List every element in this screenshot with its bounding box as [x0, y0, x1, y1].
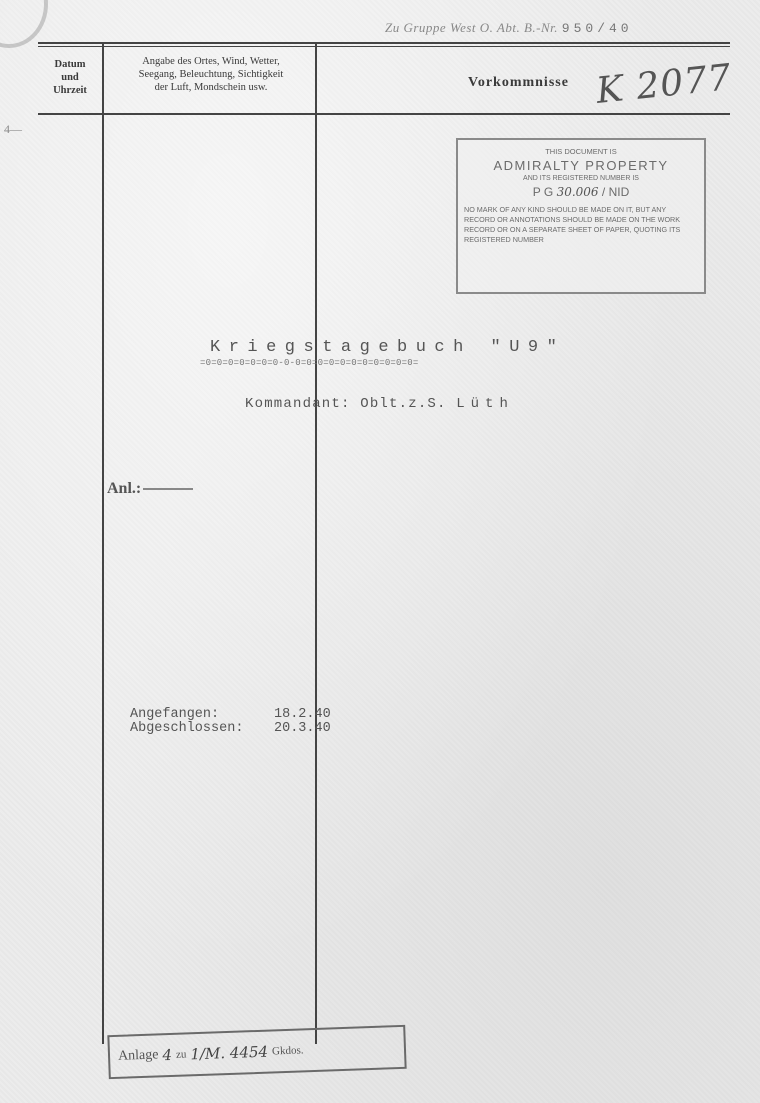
header-vorkommnisse: Vorkommnisse: [468, 76, 569, 89]
header-angabe-line-1: Angabe des Ortes, Wind, Wetter,: [106, 55, 316, 68]
started-value: 18.2.40: [274, 708, 331, 722]
admiralty-property-stamp: THIS DOCUMENT IS ADMIRALTY PROPERTY AND …: [456, 138, 706, 294]
kommandant-name: Lüth: [456, 396, 514, 412]
stamp-handwritten-number: 30.006: [557, 185, 599, 199]
anlage-stamp: Anlage 4 zu 1/M. 4454 Gkdos.: [107, 1025, 406, 1079]
reference-number: 950/40: [562, 21, 633, 36]
header-datum-uhrzeit: Datum und Uhrzeit: [38, 58, 102, 97]
ended-value: 20.3.40: [274, 722, 331, 736]
stamp-registered-number: P G 30.006 / NID: [458, 185, 704, 199]
stamp-line-3: AND ITS REGISTERED NUMBER IS: [458, 175, 704, 182]
anl-blank-line: [143, 488, 193, 490]
header-angabe: Angabe des Ortes, Wind, Wetter, Seegang,…: [106, 55, 316, 94]
stamp-notice: NO MARK OF ANY KIND SHOULD BE MADE ON IT…: [464, 205, 698, 245]
kommandant-label: Kommandant: Oblt.z.S.: [245, 396, 447, 412]
anlage-zu: zu: [176, 1048, 187, 1060]
header-angabe-line-2: Seegang, Beleuchtung, Sichtigkeit: [106, 68, 316, 81]
table-top-rule: [38, 42, 730, 44]
margin-mark: 4—: [4, 122, 22, 137]
corner-fold-shadow: [0, 0, 48, 48]
handwritten-archive-number: K 2077: [594, 57, 734, 112]
anl-label: Anl.:: [107, 480, 141, 497]
header-datum-line: Datum: [38, 58, 102, 71]
ended-row: Abgeschlossen: 20.3.40: [130, 722, 331, 736]
anlage-number: 4: [162, 1046, 172, 1064]
anlage-ref: 1/M. 4454: [190, 1043, 268, 1064]
stamp-line-2: ADMIRALTY PROPERTY: [458, 158, 704, 173]
header-und-line: und: [38, 71, 102, 84]
stamp-suffix: / NID: [602, 185, 629, 199]
stamp-line-1: THIS DOCUMENT IS: [458, 147, 704, 156]
column-divider-1: [102, 44, 104, 1044]
document-title: Kriegstagebuch "U9": [210, 338, 565, 357]
anlage-suffix: Gkdos.: [272, 1044, 304, 1057]
stamp-pg-prefix: P G: [533, 185, 553, 199]
ended-label: Abgeschlossen:: [130, 722, 274, 736]
header-angabe-line-3: der Luft, Mondschein usw.: [106, 81, 316, 94]
anlage-label: Anlage: [118, 1047, 159, 1064]
header-uhrzeit-line: Uhrzeit: [38, 84, 102, 97]
reference-prefix: Zu Gruppe West O. Abt. B.-Nr.: [385, 20, 558, 35]
title-underline: =0=0=0=0=0=0=0-0-0=0=0=0=0=0=0=0=0=0=0=: [200, 358, 418, 368]
date-block: Angefangen: 18.2.40 Abgeschlossen: 20.3.…: [130, 708, 331, 736]
table-top-rule-2: [38, 46, 730, 47]
anl-field: Anl.:: [107, 480, 193, 498]
started-label: Angefangen:: [130, 708, 274, 722]
header-bottom-rule: [38, 113, 730, 115]
reference-line: Zu Gruppe West O. Abt. B.-Nr. 950/40: [385, 20, 715, 36]
column-divider-2: [315, 44, 317, 1044]
document-page: 4— Zu Gruppe West O. Abt. B.-Nr. 950/40 …: [0, 0, 760, 1103]
kommandant-line: Kommandant: Oblt.z.S. Lüth: [245, 396, 514, 412]
started-row: Angefangen: 18.2.40: [130, 708, 331, 722]
